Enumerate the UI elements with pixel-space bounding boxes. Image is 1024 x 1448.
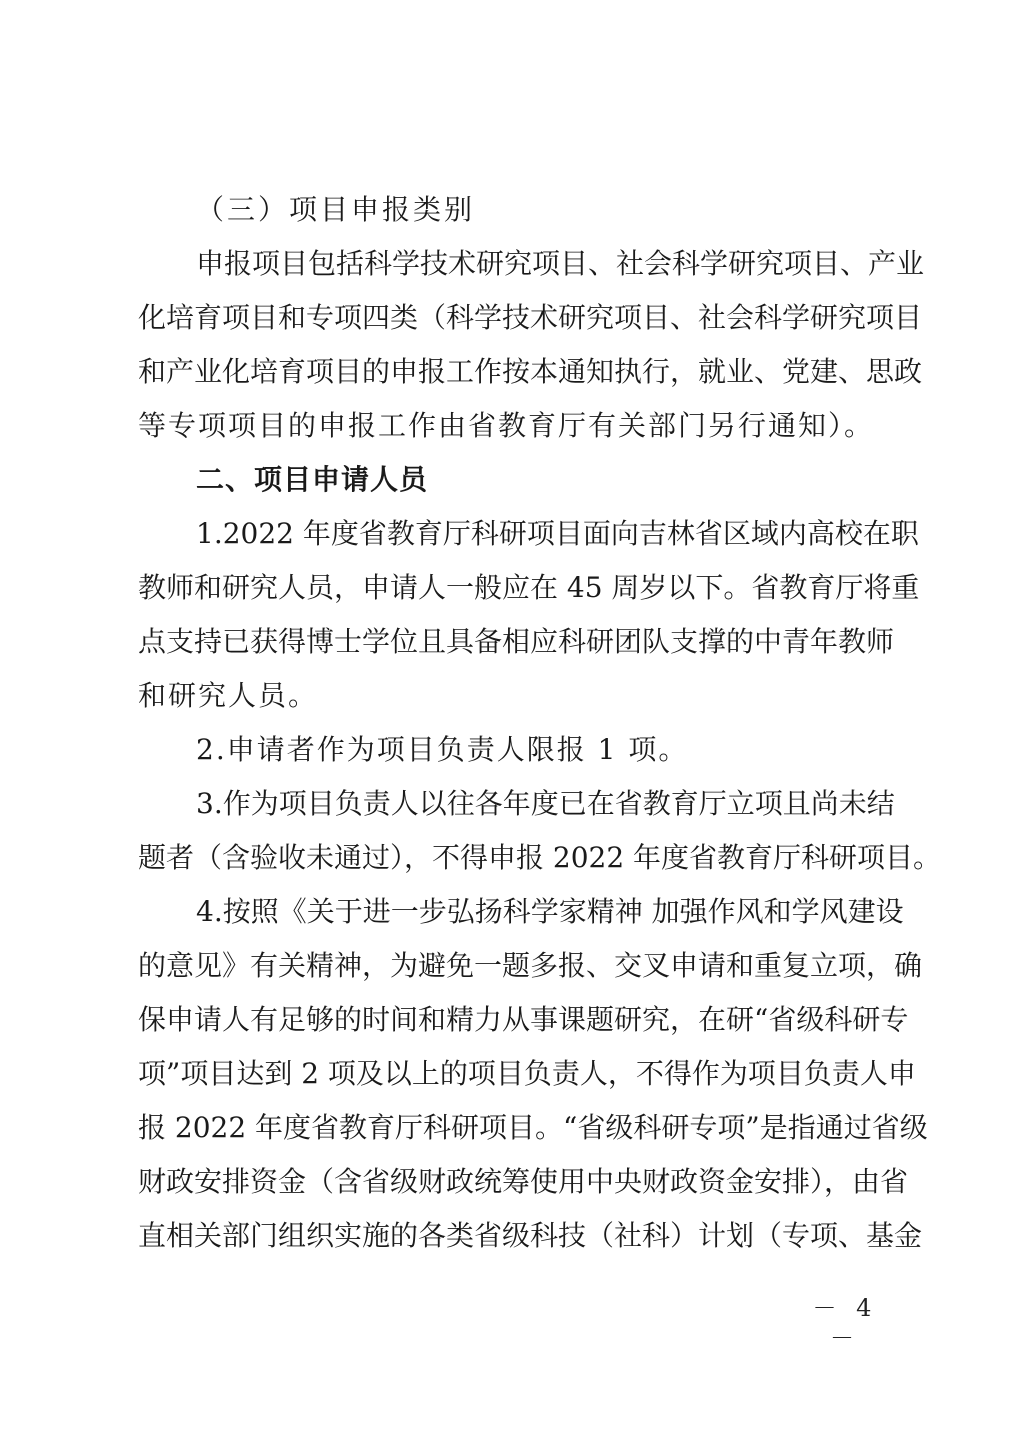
paragraph-line: 的意见》有关精神，为避免一题多报、交叉申请和重复立项，确 xyxy=(138,946,894,986)
paragraph-line: 2.申请者作为项目负责人限报 1 项。 xyxy=(196,730,894,770)
paragraph-line: 项”项目达到 2 项及以上的项目负责人，不得作为项目负责人申 xyxy=(138,1054,894,1094)
paragraph-line: 报 2022 年度省教育厅科研项目。“省级科研专项”是指通过省级 xyxy=(138,1108,894,1148)
paragraph-line: 1.2022 年度省教育厅科研项目面向吉林省区域内高校在职 xyxy=(196,514,894,554)
paragraph-line: 直相关部门组织实施的各类省级科技（社科）计划（专项、基金 xyxy=(138,1216,894,1256)
paragraph-line: 化培育项目和专项四类（科学技术研究项目、社会科学研究项目 xyxy=(138,298,894,338)
paragraph-line: 题者（含验收未通过），不得申报 2022 年度省教育厅科研项目。 xyxy=(138,838,894,878)
section-heading: （三）项目申报类别 xyxy=(196,190,894,230)
paragraph-line: 和产业化培育项目的申报工作按本通知执行，就业、党建、思政 xyxy=(138,352,894,392)
paragraph-line: 保申请人有足够的时间和精力从事课题研究，在研“省级科研专 xyxy=(138,1000,894,1040)
page-number: － 4 － xyxy=(810,1293,880,1323)
paragraph-line: 和研究人员。 xyxy=(138,676,894,716)
paragraph-line: 申报项目包括科学技术研究项目、社会科学研究项目、产业 xyxy=(196,244,894,284)
chapter-heading: 二、项目申请人员 xyxy=(196,460,894,500)
paragraph-line: 财政安排资金（含省级财政统筹使用中央财政资金安排），由省 xyxy=(138,1162,894,1202)
paragraph-line: 4.按照《关于进一步弘扬科学家精神 加强作风和学风建设 xyxy=(196,892,894,932)
paragraph-line: 教师和研究人员，申请人一般应在 45 周岁以下。省教育厅将重 xyxy=(138,568,894,608)
paragraph-line: 点支持已获得博士学位且具备相应科研团队支撑的中青年教师 xyxy=(138,622,894,662)
paragraph-line: 等专项项目的申报工作由省教育厅有关部门另行通知）。 xyxy=(138,406,894,446)
paragraph-line: 3.作为项目负责人以往各年度已在省教育厅立项且尚未结 xyxy=(196,784,894,824)
document-page: （三）项目申报类别 申报项目包括科学技术研究项目、社会科学研究项目、产业 化培育… xyxy=(0,0,1024,1448)
